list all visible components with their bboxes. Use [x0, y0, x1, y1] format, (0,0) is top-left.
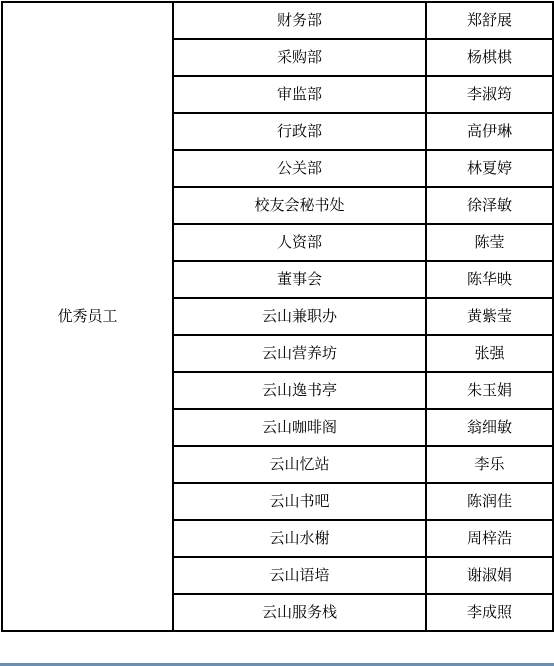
- department-cell: 云山咖啡阁: [173, 409, 426, 446]
- department-cell: 财务部: [173, 2, 426, 39]
- name-cell: 李乐: [426, 446, 553, 483]
- award-table-body: 优秀员工 财务部 郑舒展 采购部 杨棋棋 审监部 李淑筠 行政部 高伊琳 公关部…: [2, 2, 553, 631]
- department-cell: 审监部: [173, 76, 426, 113]
- department-cell: 采购部: [173, 39, 426, 76]
- name-cell: 郑舒展: [426, 2, 553, 39]
- name-cell: 徐泽敏: [426, 187, 553, 224]
- document-sheet: 优秀员工 财务部 郑舒展 采购部 杨棋棋 审监部 李淑筠 行政部 高伊琳 公关部…: [0, 0, 554, 666]
- name-cell: 陈莹: [426, 224, 553, 261]
- department-cell: 云山书吧: [173, 483, 426, 520]
- award-table: 优秀员工 财务部 郑舒展 采购部 杨棋棋 审监部 李淑筠 行政部 高伊琳 公关部…: [1, 1, 554, 632]
- name-cell: 林夏婷: [426, 150, 553, 187]
- name-cell: 李淑筠: [426, 76, 553, 113]
- table-row: 优秀员工 财务部 郑舒展: [2, 2, 553, 39]
- department-cell: 云山忆站: [173, 446, 426, 483]
- name-cell: 杨棋棋: [426, 39, 553, 76]
- name-cell: 黄紫莹: [426, 298, 553, 335]
- department-cell: 公关部: [173, 150, 426, 187]
- name-cell: 张强: [426, 335, 553, 372]
- name-cell: 高伊琳: [426, 113, 553, 150]
- name-cell: 李成照: [426, 594, 553, 631]
- department-cell: 云山兼职办: [173, 298, 426, 335]
- department-cell: 董事会: [173, 261, 426, 298]
- department-cell: 云山水榭: [173, 520, 426, 557]
- department-cell: 云山语培: [173, 557, 426, 594]
- department-cell: 云山服务栈: [173, 594, 426, 631]
- department-cell: 云山营养坊: [173, 335, 426, 372]
- department-cell: 行政部: [173, 113, 426, 150]
- name-cell: 周梓浩: [426, 520, 553, 557]
- name-cell: 陈华映: [426, 261, 553, 298]
- name-cell: 陈润佳: [426, 483, 553, 520]
- name-cell: 朱玉娟: [426, 372, 553, 409]
- department-cell: 人资部: [173, 224, 426, 261]
- name-cell: 翁细敏: [426, 409, 553, 446]
- department-cell: 校友会秘书处: [173, 187, 426, 224]
- category-cell: 优秀员工: [2, 2, 173, 631]
- department-cell: 云山逸书亭: [173, 372, 426, 409]
- name-cell: 谢淑娟: [426, 557, 553, 594]
